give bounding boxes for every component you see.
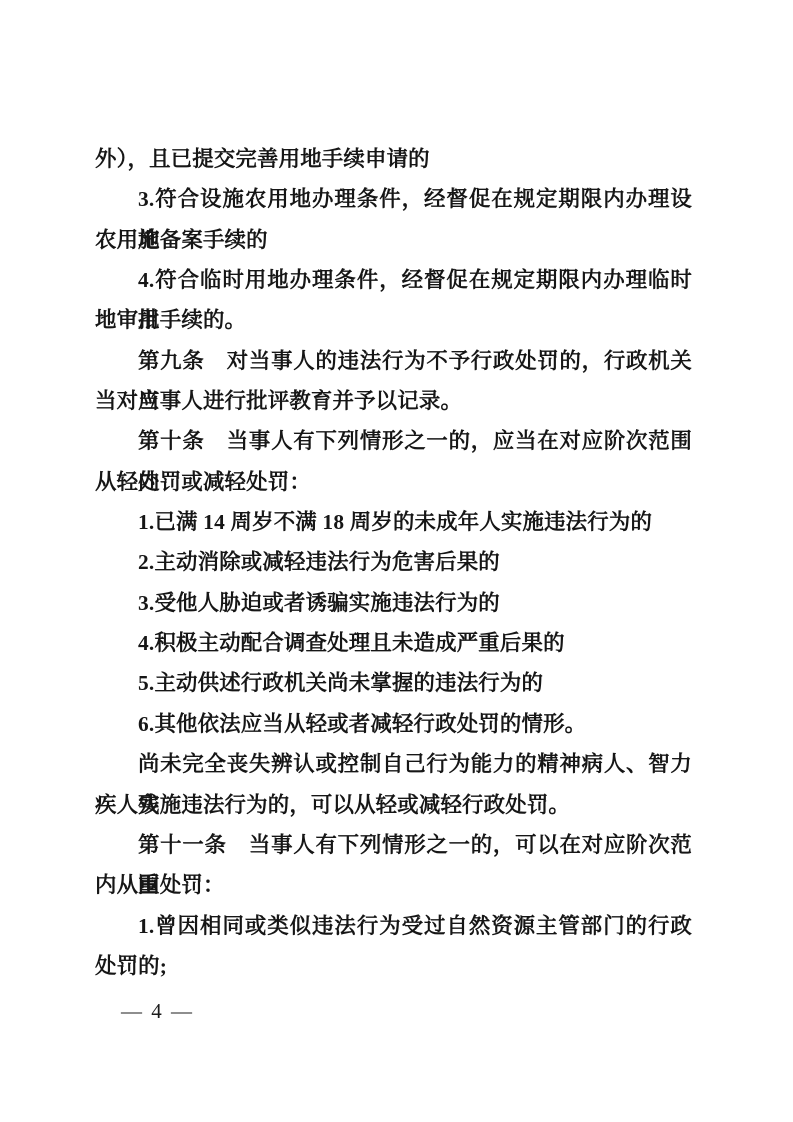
document-line: 尚未完全丧失辨认或控制自己行为能力的精神病人、智力残 bbox=[95, 744, 692, 784]
document-line: 地审批手续的。 bbox=[95, 300, 692, 340]
page-number: — 4 — bbox=[121, 999, 194, 1024]
document-line-list-item: 3.受他人胁迫或者诱骗实施违法行为的 bbox=[95, 583, 692, 623]
scanned-document-page: { "theme": { "background": "#ffffff", "t… bbox=[0, 0, 793, 1122]
document-line-list-item: 2.主动消除或减轻违法行为危害后果的 bbox=[95, 542, 692, 582]
document-line: 处罚的; bbox=[95, 946, 692, 986]
document-line: 4.符合临时用地办理条件，经督促在规定期限内办理临时用 bbox=[95, 260, 692, 300]
document-line: 从轻处罚或减轻处罚： bbox=[95, 462, 692, 502]
document-line-list-item: 1.已满 14 周岁不满 18 周岁的未成年人实施违法行为的 bbox=[95, 502, 692, 542]
document-line-list-item: 4.积极主动配合调查处理且未造成严重后果的 bbox=[95, 623, 692, 663]
document-line: 农用地备案手续的 bbox=[95, 220, 692, 260]
document-line-list-item: 6.其他依法应当从轻或者减轻行政处罚的情形。 bbox=[95, 704, 692, 744]
document-line: 当对当事人进行批评教育并予以记录。 bbox=[95, 381, 692, 421]
document-sheet: 外），且已提交完善用地手续申请的 3.符合设施农用地办理条件，经督促在规定期限内… bbox=[0, 0, 793, 1122]
document-line: 3.符合设施农用地办理条件，经督促在规定期限内办理设施 bbox=[95, 179, 692, 219]
document-line: 疾人实施违法行为的，可以从轻或减轻行政处罚。 bbox=[95, 785, 692, 825]
document-line-article-9: 第九条 对当事人的违法行为不予行政处罚的，行政机关应 bbox=[95, 341, 692, 381]
document-line: 内从重处罚： bbox=[95, 865, 692, 905]
document-line-article-11: 第十一条 当事人有下列情形之一的，可以在对应阶次范围 bbox=[95, 825, 692, 865]
document-line: 外），且已提交完善用地手续申请的 bbox=[95, 139, 692, 179]
document-body: 外），且已提交完善用地手续申请的 3.符合设施农用地办理条件，经督促在规定期限内… bbox=[95, 139, 692, 986]
document-line-list-item: 5.主动供述行政机关尚未掌握的违法行为的 bbox=[95, 663, 692, 703]
document-line-list-item: 1.曾因相同或类似违法行为受过自然资源主管部门的行政 bbox=[95, 906, 692, 946]
document-line-article-10: 第十条 当事人有下列情形之一的，应当在对应阶次范围内 bbox=[95, 421, 692, 461]
